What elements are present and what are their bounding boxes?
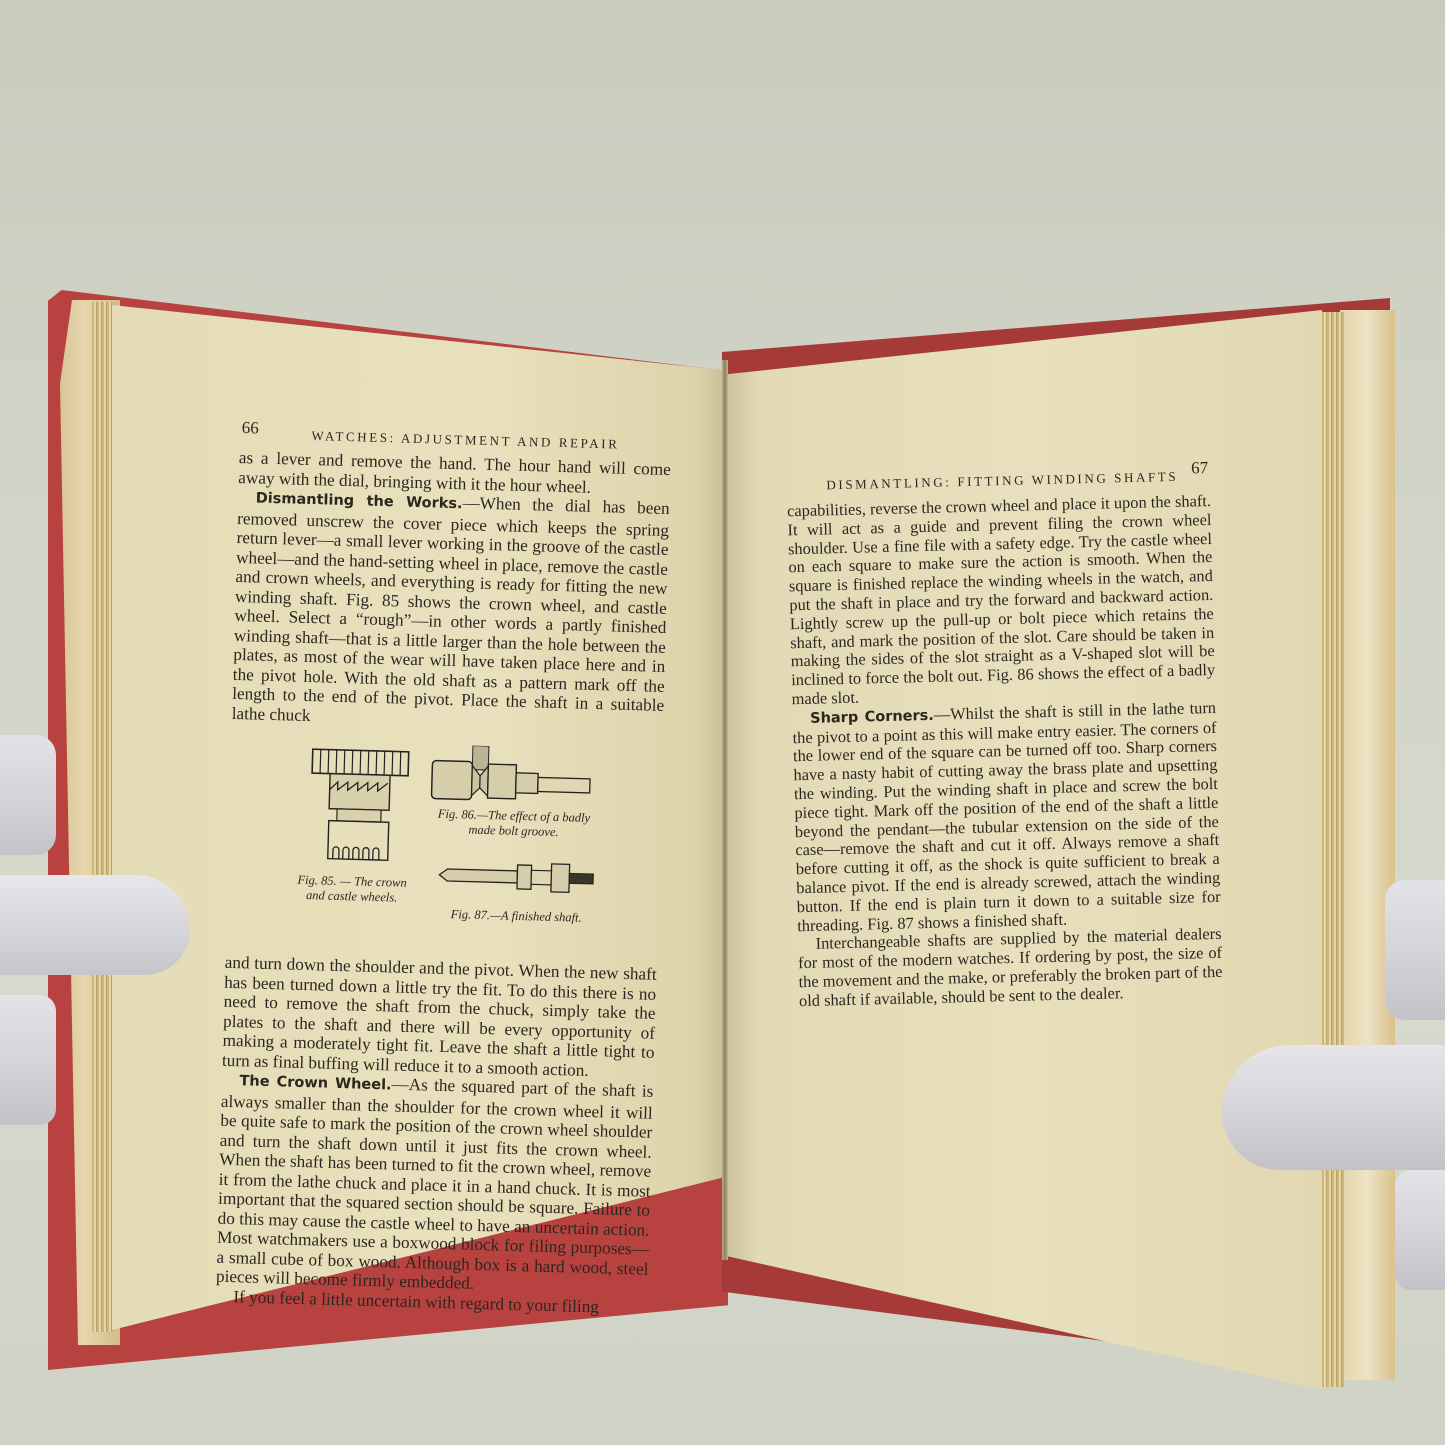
left-paragraph-2: and turn down the shoulder and the pivot… (222, 953, 657, 1082)
right-glove-lower-fingers (1395, 1170, 1445, 1290)
fig86-caption: Fig. 86.—The effect of a badly made bolt… (433, 807, 594, 841)
right-page-content: DISMANTLING: FITTING WINDING SHAFTS 67 c… (786, 462, 1223, 1011)
right-paragraph-2: Interchangeable shafts are supplied by t… (797, 925, 1223, 1011)
left-glove-lower-fingers (0, 995, 56, 1125)
fig87-illustration (437, 855, 598, 899)
heading-crown-wheel: The Crown Wheel. (239, 1073, 392, 1093)
page-number-left: 66 (241, 418, 259, 438)
fig85-caption: Fig. 85. — The crown and castle wheels. (286, 872, 417, 906)
right-section-sharp-corners: Sharp Corners.—Whilst the shaft is still… (792, 699, 1221, 936)
left-page-content: 66 WATCHES: ADJUSTMENT AND REPAIR as a l… (215, 418, 672, 1318)
page-edges-left (92, 302, 114, 1332)
flyleaf-right (1340, 310, 1395, 1380)
left-glove-upper-fingers (0, 735, 56, 855)
book-gutter (722, 360, 728, 1260)
page-edges-right (1322, 312, 1344, 1387)
left-section-crown-wheel: The Crown Wheel.—As the squared part of … (216, 1070, 654, 1298)
fig86-illustration (429, 744, 596, 809)
running-head-left: WATCHES: ADJUSTMENT AND REPAIR (311, 428, 619, 453)
running-head-right: DISMANTLING: FITTING WINDING SHAFTS (826, 469, 1178, 494)
fig87-caption: Fig. 87.—A finished shaft. (431, 907, 601, 927)
right-paragraph-1: capabilities, reverse the crown wheel an… (787, 492, 1216, 709)
fig85-illustration (308, 747, 411, 865)
right-glove-upper-fingers (1385, 880, 1445, 1020)
right-glove-thumb (1222, 1045, 1445, 1170)
heading-sharp-corners: Sharp Corners. (810, 708, 934, 727)
page-number-right: 67 (1191, 458, 1208, 478)
left-glove-thumb (0, 875, 190, 975)
left-section-dismantling: Dismantling the Works.—When the dial has… (231, 487, 669, 735)
figures-block: Fig. 85. — The crown and castle wheels. … (225, 739, 663, 961)
